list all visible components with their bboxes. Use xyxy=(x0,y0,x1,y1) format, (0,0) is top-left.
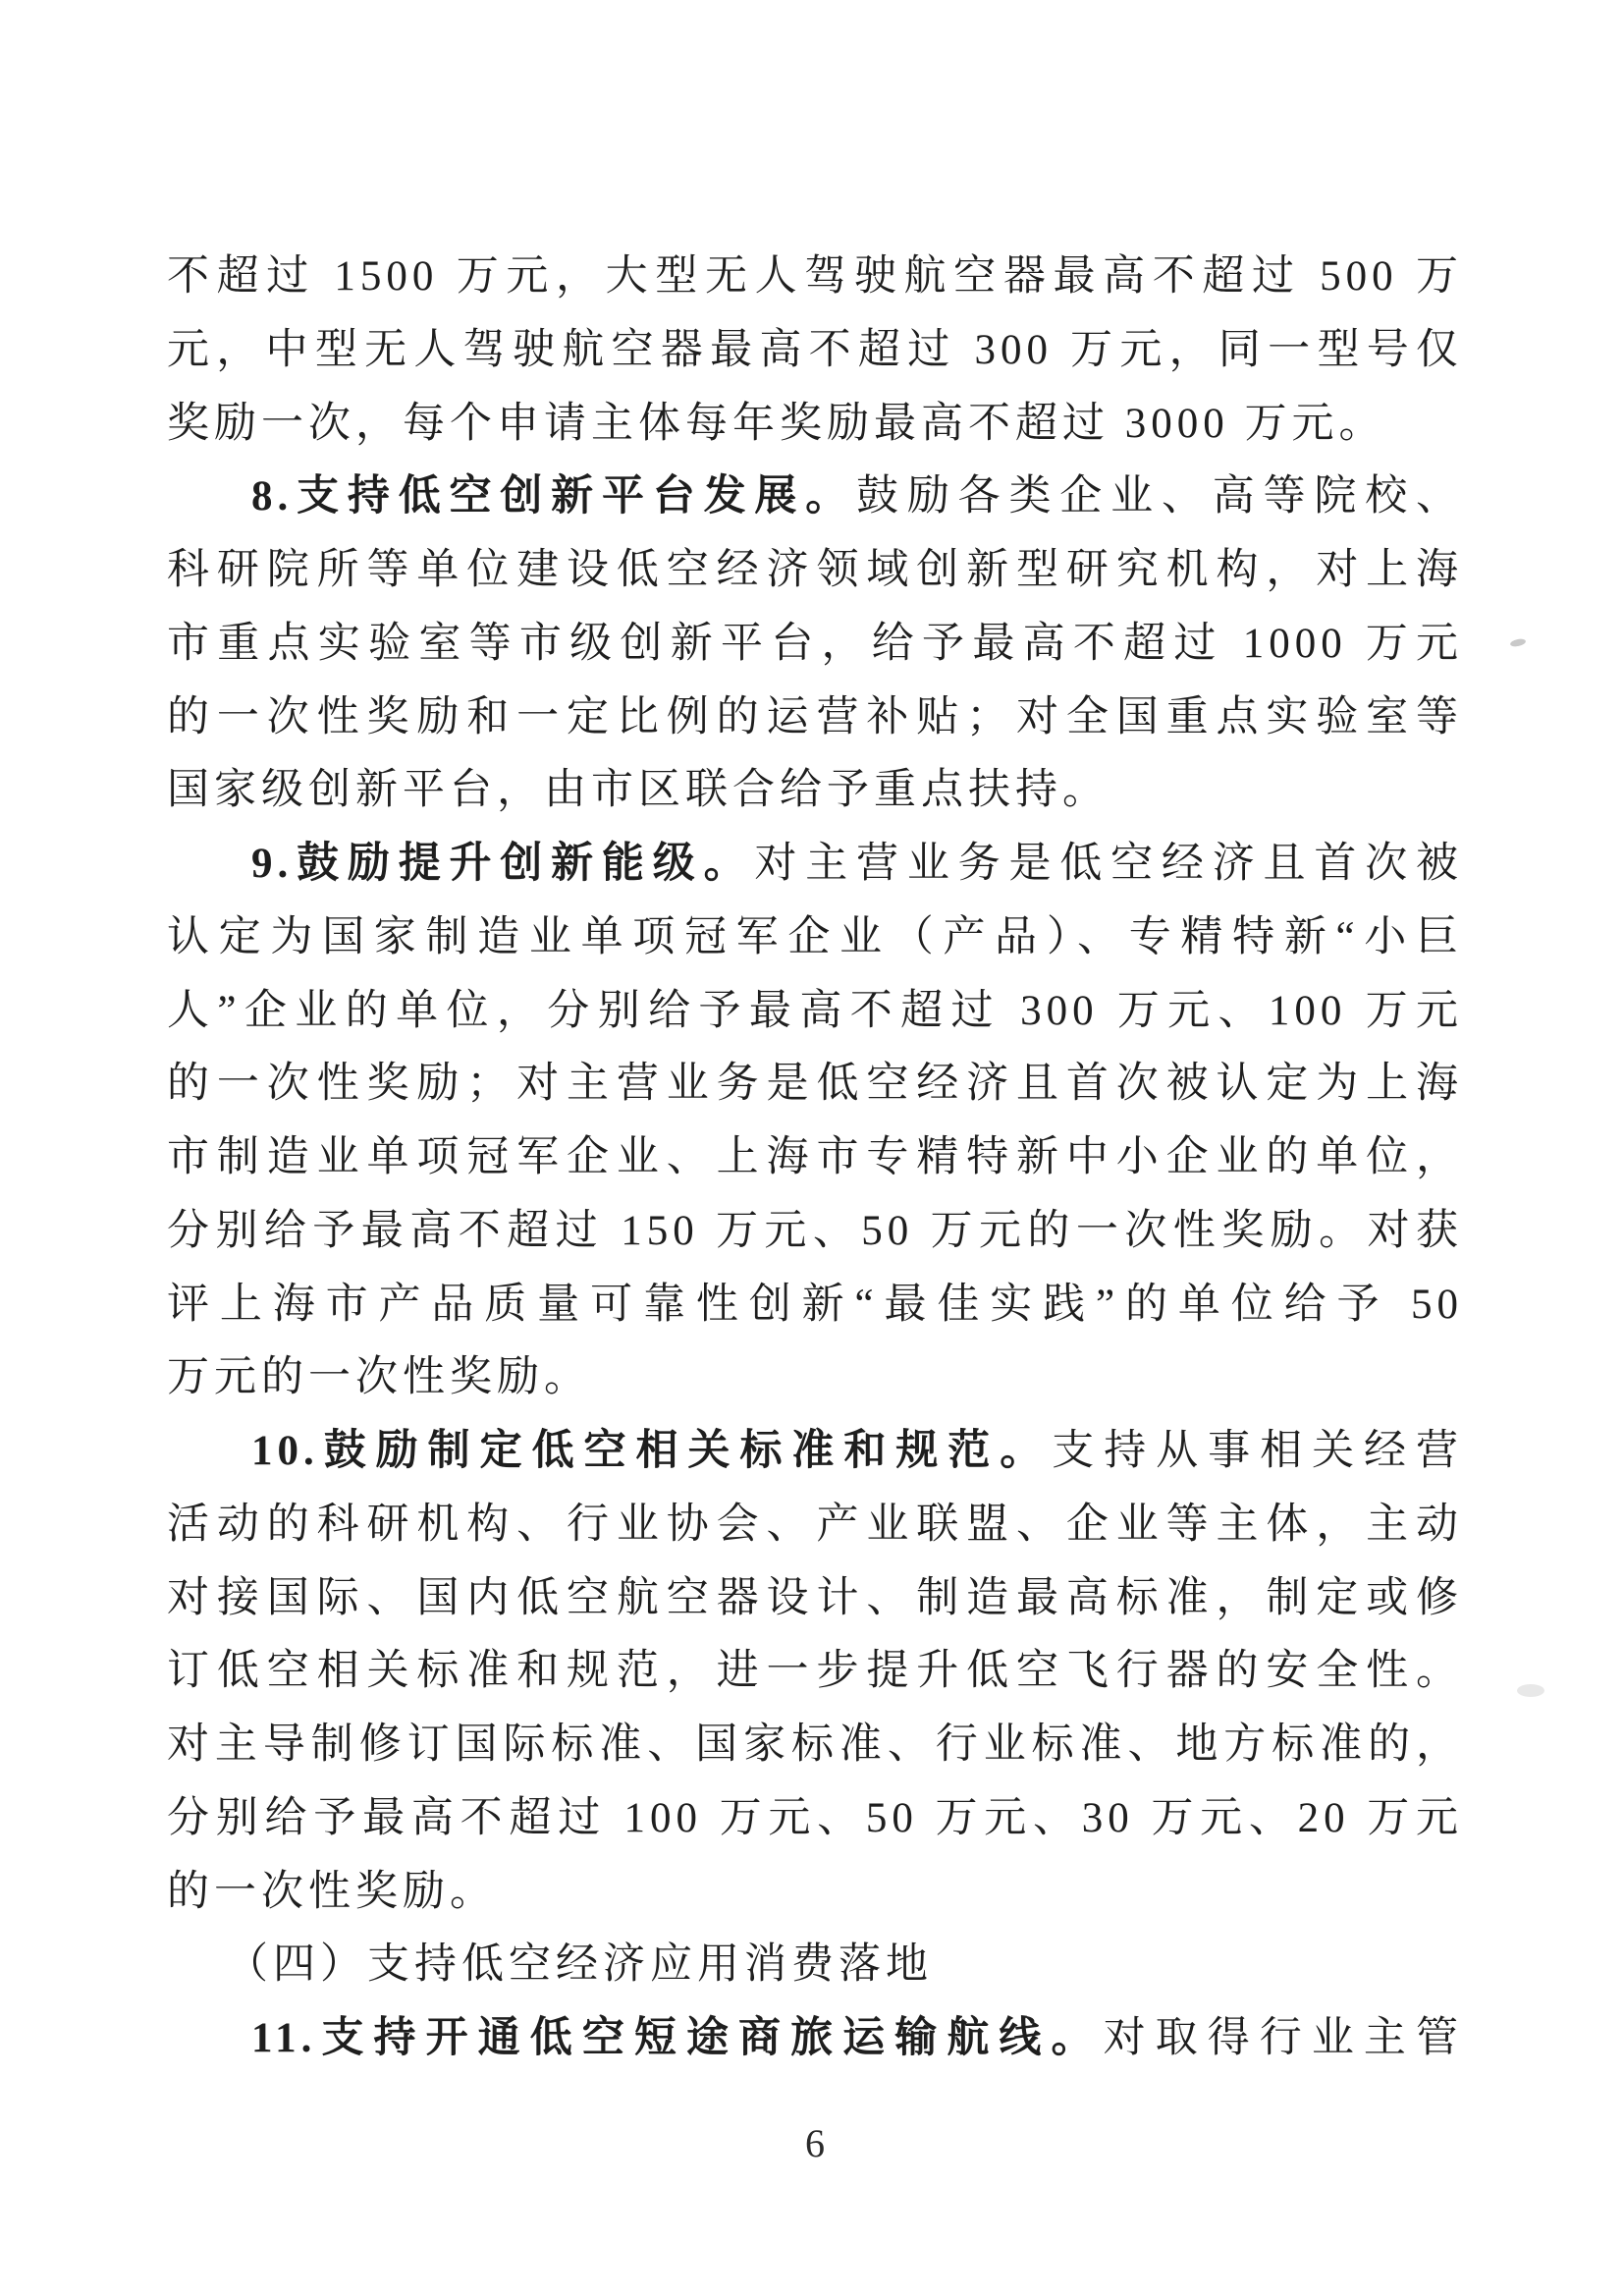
text-line: 认定为国家制造业单项冠军企业（产品）、专精特新“小巨 xyxy=(167,902,1463,975)
text-line: 元，中型无人驾驶航空器最高不超过 300 万元，同一型号仅 xyxy=(167,314,1463,388)
text-line: 市重点实验室等市级创新平台，给予最高不超过 1000 万元 xyxy=(167,608,1463,682)
text-block: 不超过 1500 万元，大型无人驾驶航空器最高不超过 500 万 元，中型无人驾… xyxy=(167,241,1463,2076)
section-heading-line: 10.鼓励制定低空相关标准和规范。支持从事相关经营 xyxy=(167,1415,1463,1489)
section-heading: 11.支持开通低空短途商旅运输航线。 xyxy=(251,2015,1104,2061)
text-line: 的一次性奖励。 xyxy=(167,1856,1463,1930)
section-heading: 8.支持低空创新平台发展。 xyxy=(251,473,856,519)
section-heading: 10.鼓励制定低空相关标准和规范。 xyxy=(251,1428,1052,1474)
body-text: 不超过 1500 万元，大型无人驾驶航空器最高不超过 500 万 xyxy=(167,253,1463,300)
body-text: 订低空相关标准和规范，进一步提升低空飞行器的安全性。 xyxy=(167,1648,1463,1694)
text-line: 评上海市产品质量可靠性创新“最佳实践”的单位给予 50 xyxy=(167,1269,1463,1342)
body-text: 元，中型无人驾驶航空器最高不超过 300 万元，同一型号仅 xyxy=(167,327,1463,373)
section-heading-line: 11.支持开通低空短途商旅运输航线。对取得行业主管 xyxy=(167,2002,1463,2076)
text-line: 科研院所等单位建设低空经济领域创新型研究机构，对上海 xyxy=(167,534,1463,608)
body-text: 对取得行业主管 xyxy=(1104,2015,1463,2061)
text-line: 对接国际、国内低空航空器设计、制造最高标准，制定或修 xyxy=(167,1562,1463,1636)
text-line: 活动的科研机构、行业协会、产业联盟、企业等主体，主动 xyxy=(167,1489,1463,1562)
body-text: 市制造业单项冠军企业、上海市专精特新中小企业的单位， xyxy=(167,1134,1463,1180)
body-text: 鼓励各类企业、高等院校、 xyxy=(856,473,1463,519)
section-heading-line: 9.鼓励提升创新能级。对主营业务是低空经济且首次被 xyxy=(167,828,1463,902)
body-text: 国家级创新平台，由市区联合给予重点扶持。 xyxy=(167,767,1110,813)
body-text: 分别给予最高不超过 100 万元、50 万元、30 万元、20 万元 xyxy=(167,1795,1463,1841)
subsection-heading: （四）支持低空经济应用消费落地 xyxy=(226,1941,933,1988)
section-heading-line: 8.支持低空创新平台发展。鼓励各类企业、高等院校、 xyxy=(167,461,1463,534)
body-text: 对接国际、国内低空航空器设计、制造最高标准，制定或修 xyxy=(167,1575,1463,1621)
text-line: 奖励一次，每个申请主体每年奖励最高不超过 3000 万元。 xyxy=(167,388,1463,462)
subsection-heading-line: （四）支持低空经济应用消费落地 xyxy=(167,1929,1463,2002)
text-line: 的一次性奖励；对主营业务是低空经济且首次被认定为上海 xyxy=(167,1048,1463,1121)
document-page: 不超过 1500 万元，大型无人驾驶航空器最高不超过 500 万 元，中型无人驾… xyxy=(0,0,1624,2296)
body-text: 科研院所等单位建设低空经济领域创新型研究机构，对上海 xyxy=(167,547,1463,593)
body-text: 对主导制修订国际标准、国家标准、行业标准、地方标准的， xyxy=(167,1722,1463,1768)
text-line: 的一次性奖励和一定比例的运营补贴；对全国重点实验室等 xyxy=(167,682,1463,755)
body-text: 万元的一次性奖励。 xyxy=(167,1354,591,1400)
body-text: 活动的科研机构、行业协会、产业联盟、企业等主体，主动 xyxy=(167,1502,1463,1548)
scan-artifact xyxy=(1517,1684,1544,1697)
body-text: 人”企业的单位，分别给予最高不超过 300 万元、100 万元 xyxy=(167,988,1463,1034)
body-text: 对主营业务是低空经济且首次被 xyxy=(754,841,1463,887)
body-text: 认定为国家制造业单项冠军企业（产品）、专精特新“小巨 xyxy=(167,914,1463,960)
text-line: 订低空相关标准和规范，进一步提升低空飞行器的安全性。 xyxy=(167,1635,1463,1709)
text-line: 市制造业单项冠军企业、上海市专精特新中小企业的单位， xyxy=(167,1121,1463,1195)
body-text: 评上海市产品质量可靠性创新“最佳实践”的单位给予 50 xyxy=(167,1282,1463,1328)
text-line: 分别给予最高不超过 150 万元、50 万元的一次性奖励。对获 xyxy=(167,1195,1463,1269)
text-line: 万元的一次性奖励。 xyxy=(167,1341,1463,1415)
body-text: 市重点实验室等市级创新平台，给予最高不超过 1000 万元 xyxy=(167,621,1463,667)
body-text: 的一次性奖励。 xyxy=(167,1869,497,1915)
scan-artifact xyxy=(1509,637,1526,647)
body-text: 奖励一次，每个申请主体每年奖励最高不超过 3000 万元。 xyxy=(167,401,1386,447)
page-number: 6 xyxy=(167,2116,1463,2171)
text-line: 不超过 1500 万元，大型无人驾驶航空器最高不超过 500 万 xyxy=(167,241,1463,314)
body-text: 的一次性奖励和一定比例的运营补贴；对全国重点实验室等 xyxy=(167,694,1463,740)
text-line: 分别给予最高不超过 100 万元、50 万元、30 万元、20 万元 xyxy=(167,1782,1463,1856)
section-heading: 9.鼓励提升创新能级。 xyxy=(251,841,754,887)
body-text: 支持从事相关经营 xyxy=(1052,1428,1463,1474)
body-text: 的一次性奖励；对主营业务是低空经济且首次被认定为上海 xyxy=(167,1061,1463,1107)
text-line: 对主导制修订国际标准、国家标准、行业标准、地方标准的， xyxy=(167,1709,1463,1782)
text-line: 人”企业的单位，分别给予最高不超过 300 万元、100 万元 xyxy=(167,975,1463,1049)
text-line: 国家级创新平台，由市区联合给予重点扶持。 xyxy=(167,754,1463,828)
body-text: 分别给予最高不超过 150 万元、50 万元的一次性奖励。对获 xyxy=(167,1208,1463,1254)
